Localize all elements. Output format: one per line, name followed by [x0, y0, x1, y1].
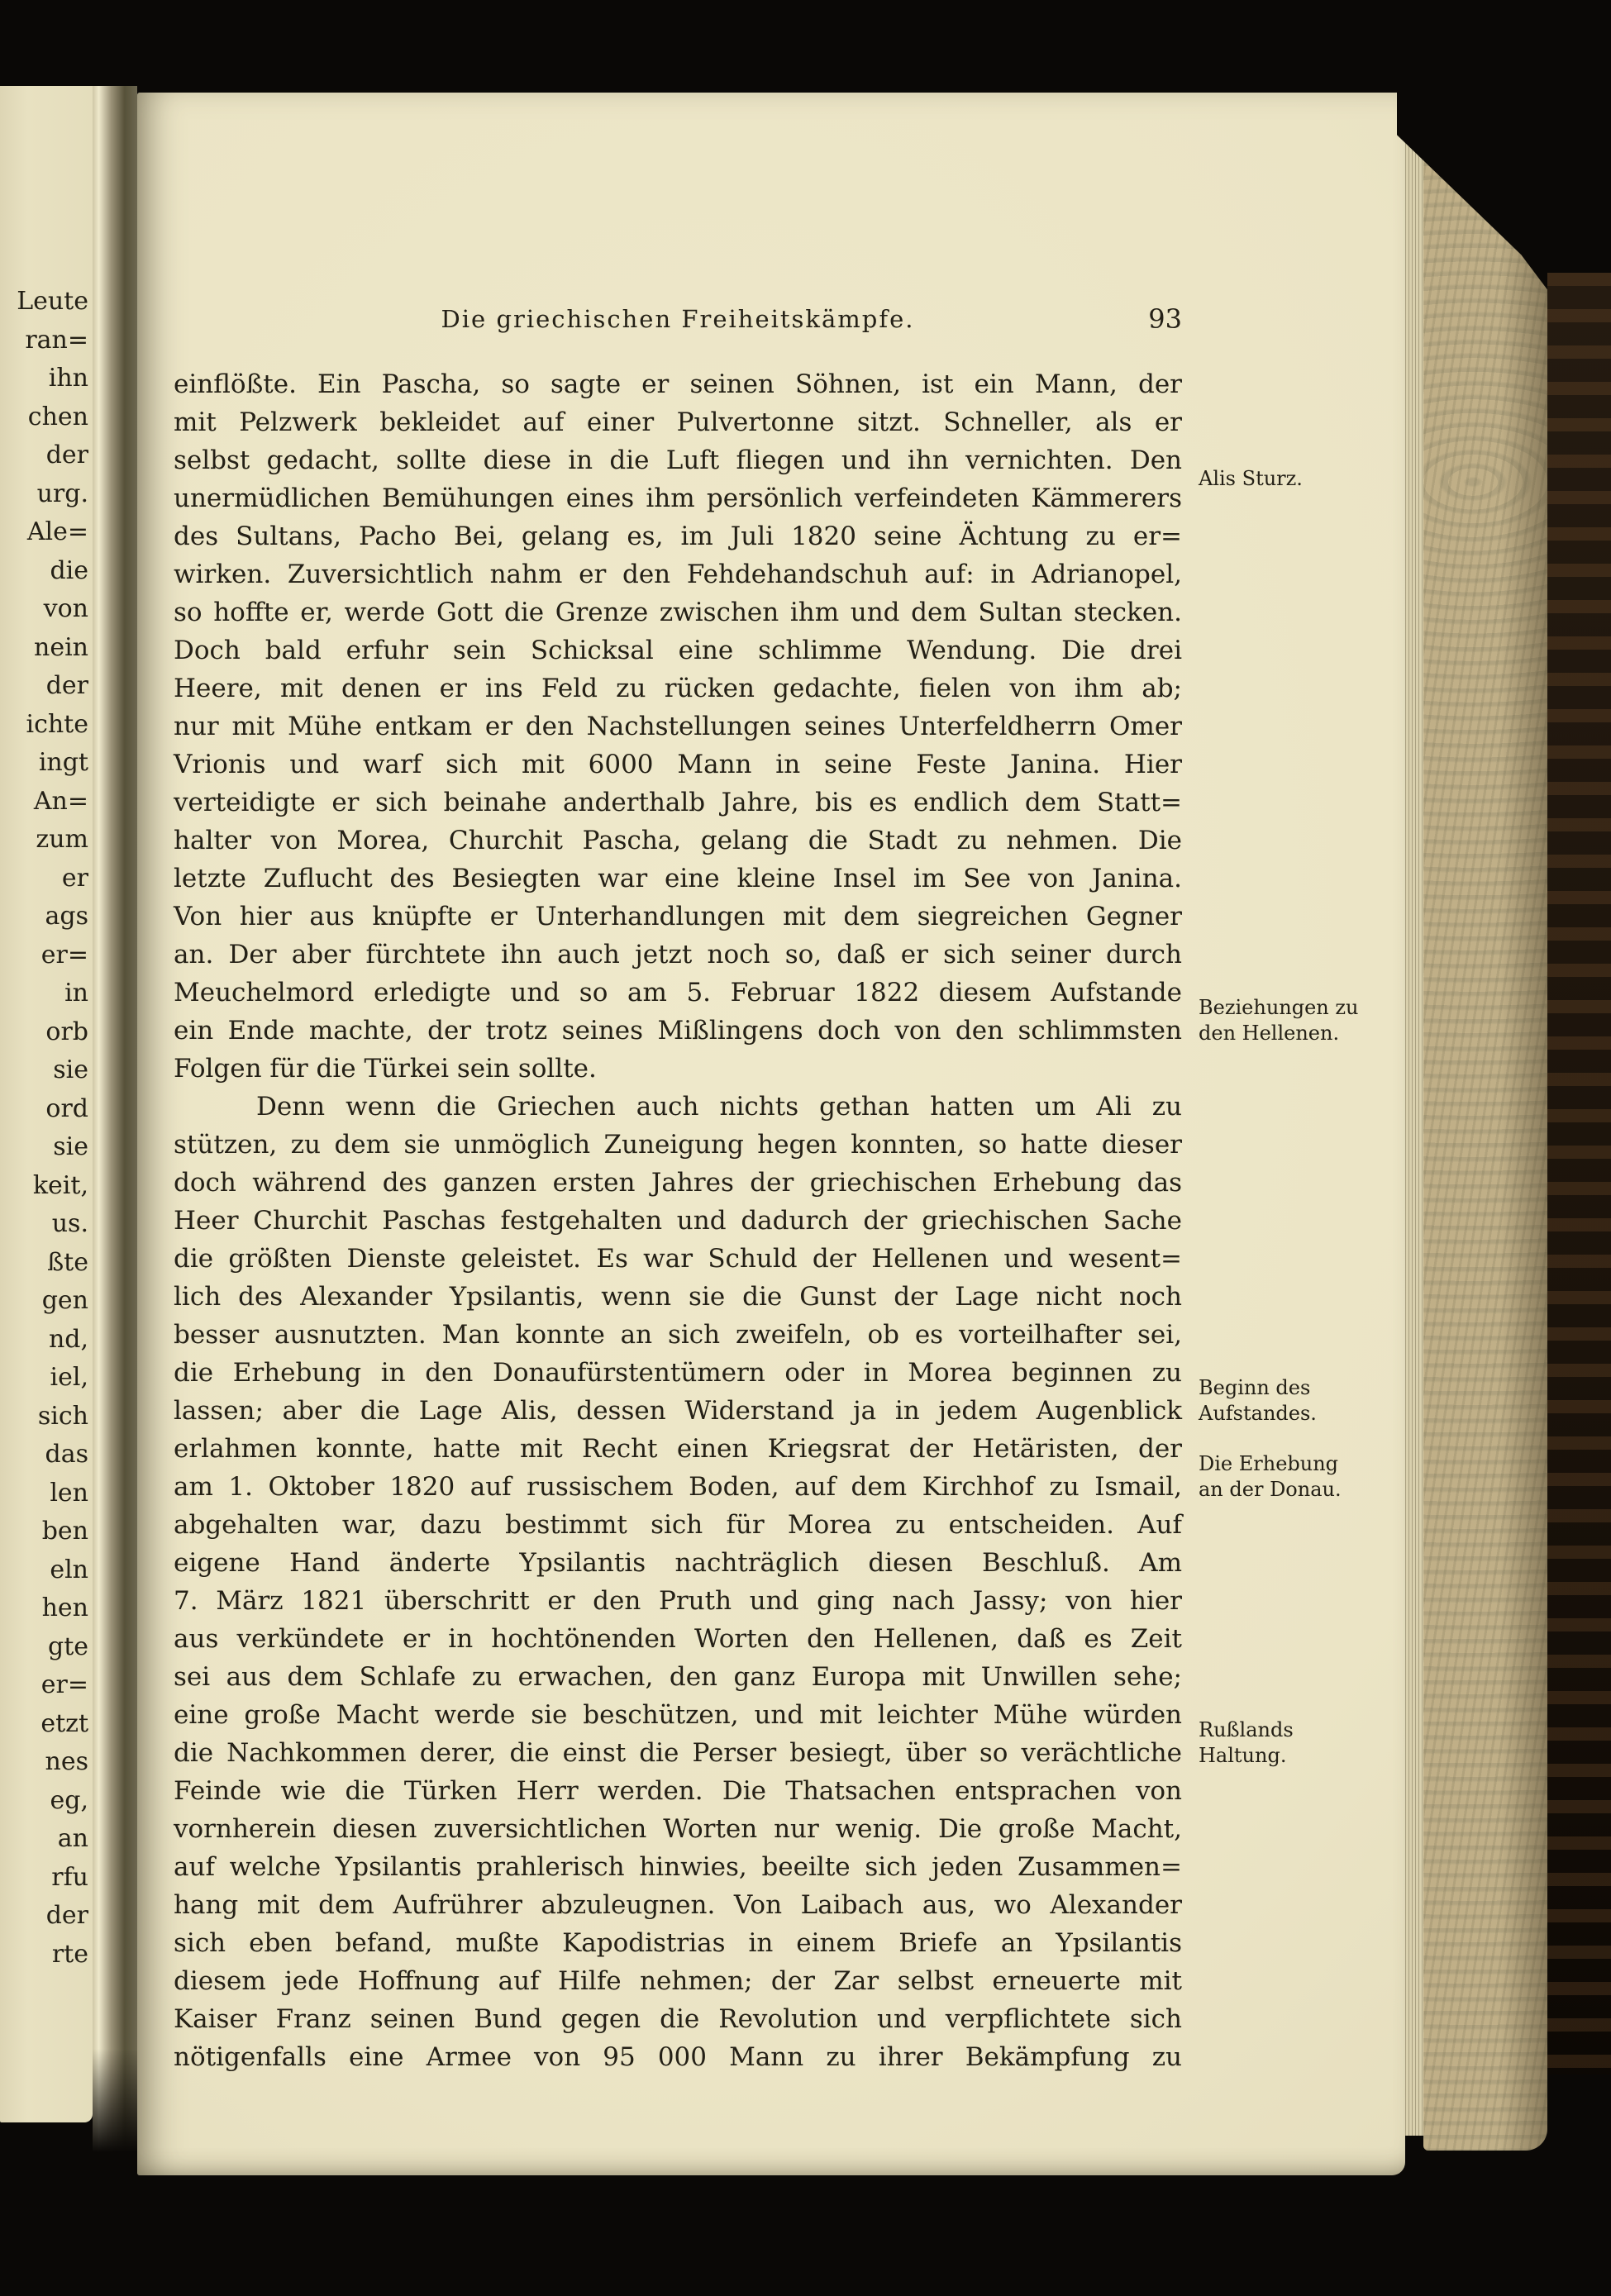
- body-text-line: Vrionis und warf sich mit 6000 Mann in s…: [174, 745, 1182, 784]
- text-fragment: Ale=: [0, 513, 93, 552]
- body-text-line: mit Pelzwerk bekleidet auf einer Pulvert…: [174, 403, 1182, 441]
- margin-note-line: den Hellenen.: [1199, 1021, 1405, 1046]
- text-fragment: er=: [0, 936, 93, 975]
- text-fragment: ord: [0, 1090, 93, 1129]
- body-text-line: Denn wenn die Griechen auch nichts getha…: [174, 1088, 1182, 1126]
- body-text-line: stützen, zu dem sie unmöglich Zuneigung …: [174, 1126, 1182, 1164]
- text-fragment: eln: [0, 1551, 93, 1590]
- text-fragment: an: [0, 1820, 93, 1859]
- body-text-line: sich eben befand, mußte Kapodistrias in …: [174, 1924, 1182, 1962]
- margin-note-line: Rußlands: [1199, 1717, 1405, 1743]
- body-text-line: eine große Macht werde sie beschützen, u…: [174, 1696, 1182, 1734]
- margin-note-line: Beginn des: [1199, 1375, 1405, 1401]
- text-fragment: orb: [0, 1013, 93, 1052]
- text-fragment: gen: [0, 1282, 93, 1321]
- margin-note-line: Haltung.: [1199, 1743, 1405, 1769]
- margin-note: Beginn des Aufstandes.: [1199, 1375, 1405, 1427]
- text-fragment: der: [0, 1897, 93, 1936]
- body-text-line: Meuchelmord erledigte und so am 5. Febru…: [174, 974, 1182, 1012]
- text-fragment: in: [0, 974, 93, 1013]
- book-cover-edge: [1547, 273, 1611, 2074]
- body-text-line: des Sultans, Pacho Bei, gelang es, im Ju…: [174, 517, 1182, 555]
- body-text-line: die Erhebung in den Donaufürstentümern o…: [174, 1354, 1182, 1392]
- text-fragment: ßte: [0, 1244, 93, 1283]
- text-fragment: rte: [0, 1936, 93, 1974]
- text-fragment: eg,: [0, 1782, 93, 1821]
- text-fragment: zum: [0, 821, 93, 860]
- book-page: Die griechischen Freiheitskämpfe. 93 ein…: [137, 93, 1405, 2175]
- body-text-line: nur mit Mühe entkam er den Nachstellunge…: [174, 707, 1182, 745]
- text-fragment: hen: [0, 1589, 93, 1628]
- previous-page-text-fragments: Leuteran=ihnchenderurg.Ale=dievonneinder…: [0, 86, 93, 1974]
- text-fragment: sie: [0, 1128, 93, 1167]
- body-text-line: abgehalten war, dazu bestimmt sich für M…: [174, 1506, 1182, 1544]
- body-text-line: besser ausnutzten. Man konnte an sich zw…: [174, 1316, 1182, 1354]
- text-fragment: Leute: [0, 283, 93, 322]
- text-fragment: das: [0, 1436, 93, 1474]
- text-fragment: sie: [0, 1051, 93, 1090]
- margin-note-line: Beziehungen zu: [1199, 995, 1405, 1021]
- text-fragment: ags: [0, 898, 93, 936]
- text-fragment: rfu: [0, 1859, 93, 1898]
- text-fragment: der: [0, 436, 93, 475]
- body-text-line: wirken. Zuversichtlich nahm er den Fehde…: [174, 555, 1182, 593]
- text-fragment: ichte: [0, 706, 93, 745]
- text-fragment: keit,: [0, 1167, 93, 1206]
- body-text-line: Doch bald erfuhr sein Schicksal eine sch…: [174, 631, 1182, 669]
- body-text-line: ein Ende machte, der trotz seines Mißlin…: [174, 1012, 1182, 1050]
- body-text-line: erlahmen konnte, hatte mit Recht einen K…: [174, 1430, 1182, 1468]
- text-fragment: An=: [0, 783, 93, 822]
- margin-note-line: Alis Sturz.: [1199, 466, 1405, 492]
- body-text-line: nötigenfalls eine Armee von 95 000 Mann …: [174, 2038, 1182, 2076]
- margin-note: Die Erhebung an der Donau.: [1199, 1451, 1405, 1503]
- body-text-line: Heer Churchit Paschas festgehalten und d…: [174, 1202, 1182, 1240]
- body-text-line: vornherein diesen zuversichtlichen Worte…: [174, 1810, 1182, 1848]
- body-text-line: Kaiser Franz seinen Bund gegen die Revol…: [174, 2000, 1182, 2038]
- text-fragment: von: [0, 590, 93, 629]
- body-text: einflößte. Ein Pascha, so sagte er seine…: [174, 273, 1182, 2076]
- text-fragment: sich: [0, 1398, 93, 1436]
- text-fragment: ran=: [0, 322, 93, 360]
- body-text-line: aus verkündete er in hochtönenden Worten…: [174, 1620, 1182, 1658]
- margin-note: Beziehungen zu den Hellenen.: [1199, 995, 1405, 1046]
- body-text-line: unermüdlichen Bemühungen eines ihm persö…: [174, 479, 1182, 517]
- body-text-line: letzte Zuflucht des Besiegten war eine k…: [174, 860, 1182, 898]
- body-text-line: halter von Morea, Churchit Pascha, gelan…: [174, 822, 1182, 860]
- text-fragment: nd,: [0, 1321, 93, 1360]
- text-fragment: nein: [0, 629, 93, 668]
- body-text-line: sei aus dem Schlafe zu erwachen, den gan…: [174, 1658, 1182, 1696]
- text-fragment: ihn: [0, 360, 93, 398]
- margin-note-line: Die Erhebung: [1199, 1451, 1405, 1477]
- previous-page-edge: Leuteran=ihnchenderurg.Ale=dievonneinder…: [0, 86, 93, 2122]
- body-text-line: verteidigte er sich beinahe anderthalb J…: [174, 784, 1182, 822]
- body-text-line: eigene Hand änderte Ypsilantis nachträgl…: [174, 1544, 1182, 1582]
- body-text-line: 7. März 1821 überschritt er den Pruth un…: [174, 1582, 1182, 1620]
- text-fragment: chen: [0, 398, 93, 437]
- body-text-line: Von hier aus knüpfte er Unterhandlungen …: [174, 898, 1182, 936]
- body-text-line: hang mit dem Aufrührer abzuleugnen. Von …: [174, 1886, 1182, 1924]
- body-text-line: diesem jede Hoffnung auf Hilfe nehmen; d…: [174, 1962, 1182, 2000]
- text-fragment: ben: [0, 1512, 93, 1551]
- book-scan: Leuteran=ihnchenderurg.Ale=dievonneinder…: [0, 0, 1611, 2296]
- body-text-line: die Nachkommen derer, die einst die Pers…: [174, 1734, 1182, 1772]
- margin-note-line: an der Donau.: [1199, 1477, 1405, 1503]
- body-text-line: Heere, mit denen er ins Feld zu rücken g…: [174, 669, 1182, 707]
- body-text-line: die größten Dienste geleistet. Es war Sc…: [174, 1240, 1182, 1278]
- body-text-line: selbst gedacht, sollte diese in die Luft…: [174, 441, 1182, 479]
- body-text-line: Feinde wie die Türken Herr werden. Die T…: [174, 1772, 1182, 1810]
- text-fragment: iel,: [0, 1359, 93, 1398]
- text-fragment: ingt: [0, 744, 93, 783]
- text-fragment: urg.: [0, 475, 93, 514]
- body-text-line: lich des Alexander Ypsilantis, wenn sie …: [174, 1278, 1182, 1316]
- text-fragment: er=: [0, 1666, 93, 1705]
- margin-note: Rußlands Haltung.: [1199, 1717, 1405, 1769]
- book-gutter-shadow: [93, 86, 137, 2152]
- body-text-line: so hoffte er, werde Gott die Grenze zwis…: [174, 593, 1182, 631]
- body-text-line: am 1. Oktober 1820 auf russischem Boden,…: [174, 1468, 1182, 1506]
- text-fragment: len: [0, 1474, 93, 1513]
- fore-edge-marbled: [1423, 116, 1547, 2151]
- text-fragment: gte: [0, 1628, 93, 1667]
- margin-note-line: Aufstandes.: [1199, 1401, 1405, 1427]
- text-fragment: etzt: [0, 1705, 93, 1744]
- page-edge-stack: [1405, 124, 1423, 2136]
- body-text-line: doch während des ganzen ersten Jahres de…: [174, 1164, 1182, 1202]
- text-fragment: der: [0, 667, 93, 706]
- body-text-line: lassen; aber die Lage Alis, dessen Wider…: [174, 1392, 1182, 1430]
- text-fragment: die: [0, 552, 93, 591]
- text-fragment: er: [0, 860, 93, 898]
- text-fragment: us.: [0, 1205, 93, 1244]
- body-text-line: einflößte. Ein Pascha, so sagte er seine…: [174, 365, 1182, 403]
- text-fragment: nes: [0, 1743, 93, 1782]
- body-text-line: auf welche Ypsilantis prahlerisch hinwie…: [174, 1848, 1182, 1886]
- body-text-line: Folgen für die Türkei sein sollte.: [174, 1050, 1182, 1088]
- body-text-line: an. Der aber fürchtete ihn auch jetzt no…: [174, 936, 1182, 974]
- margin-note: Alis Sturz.: [1199, 466, 1405, 492]
